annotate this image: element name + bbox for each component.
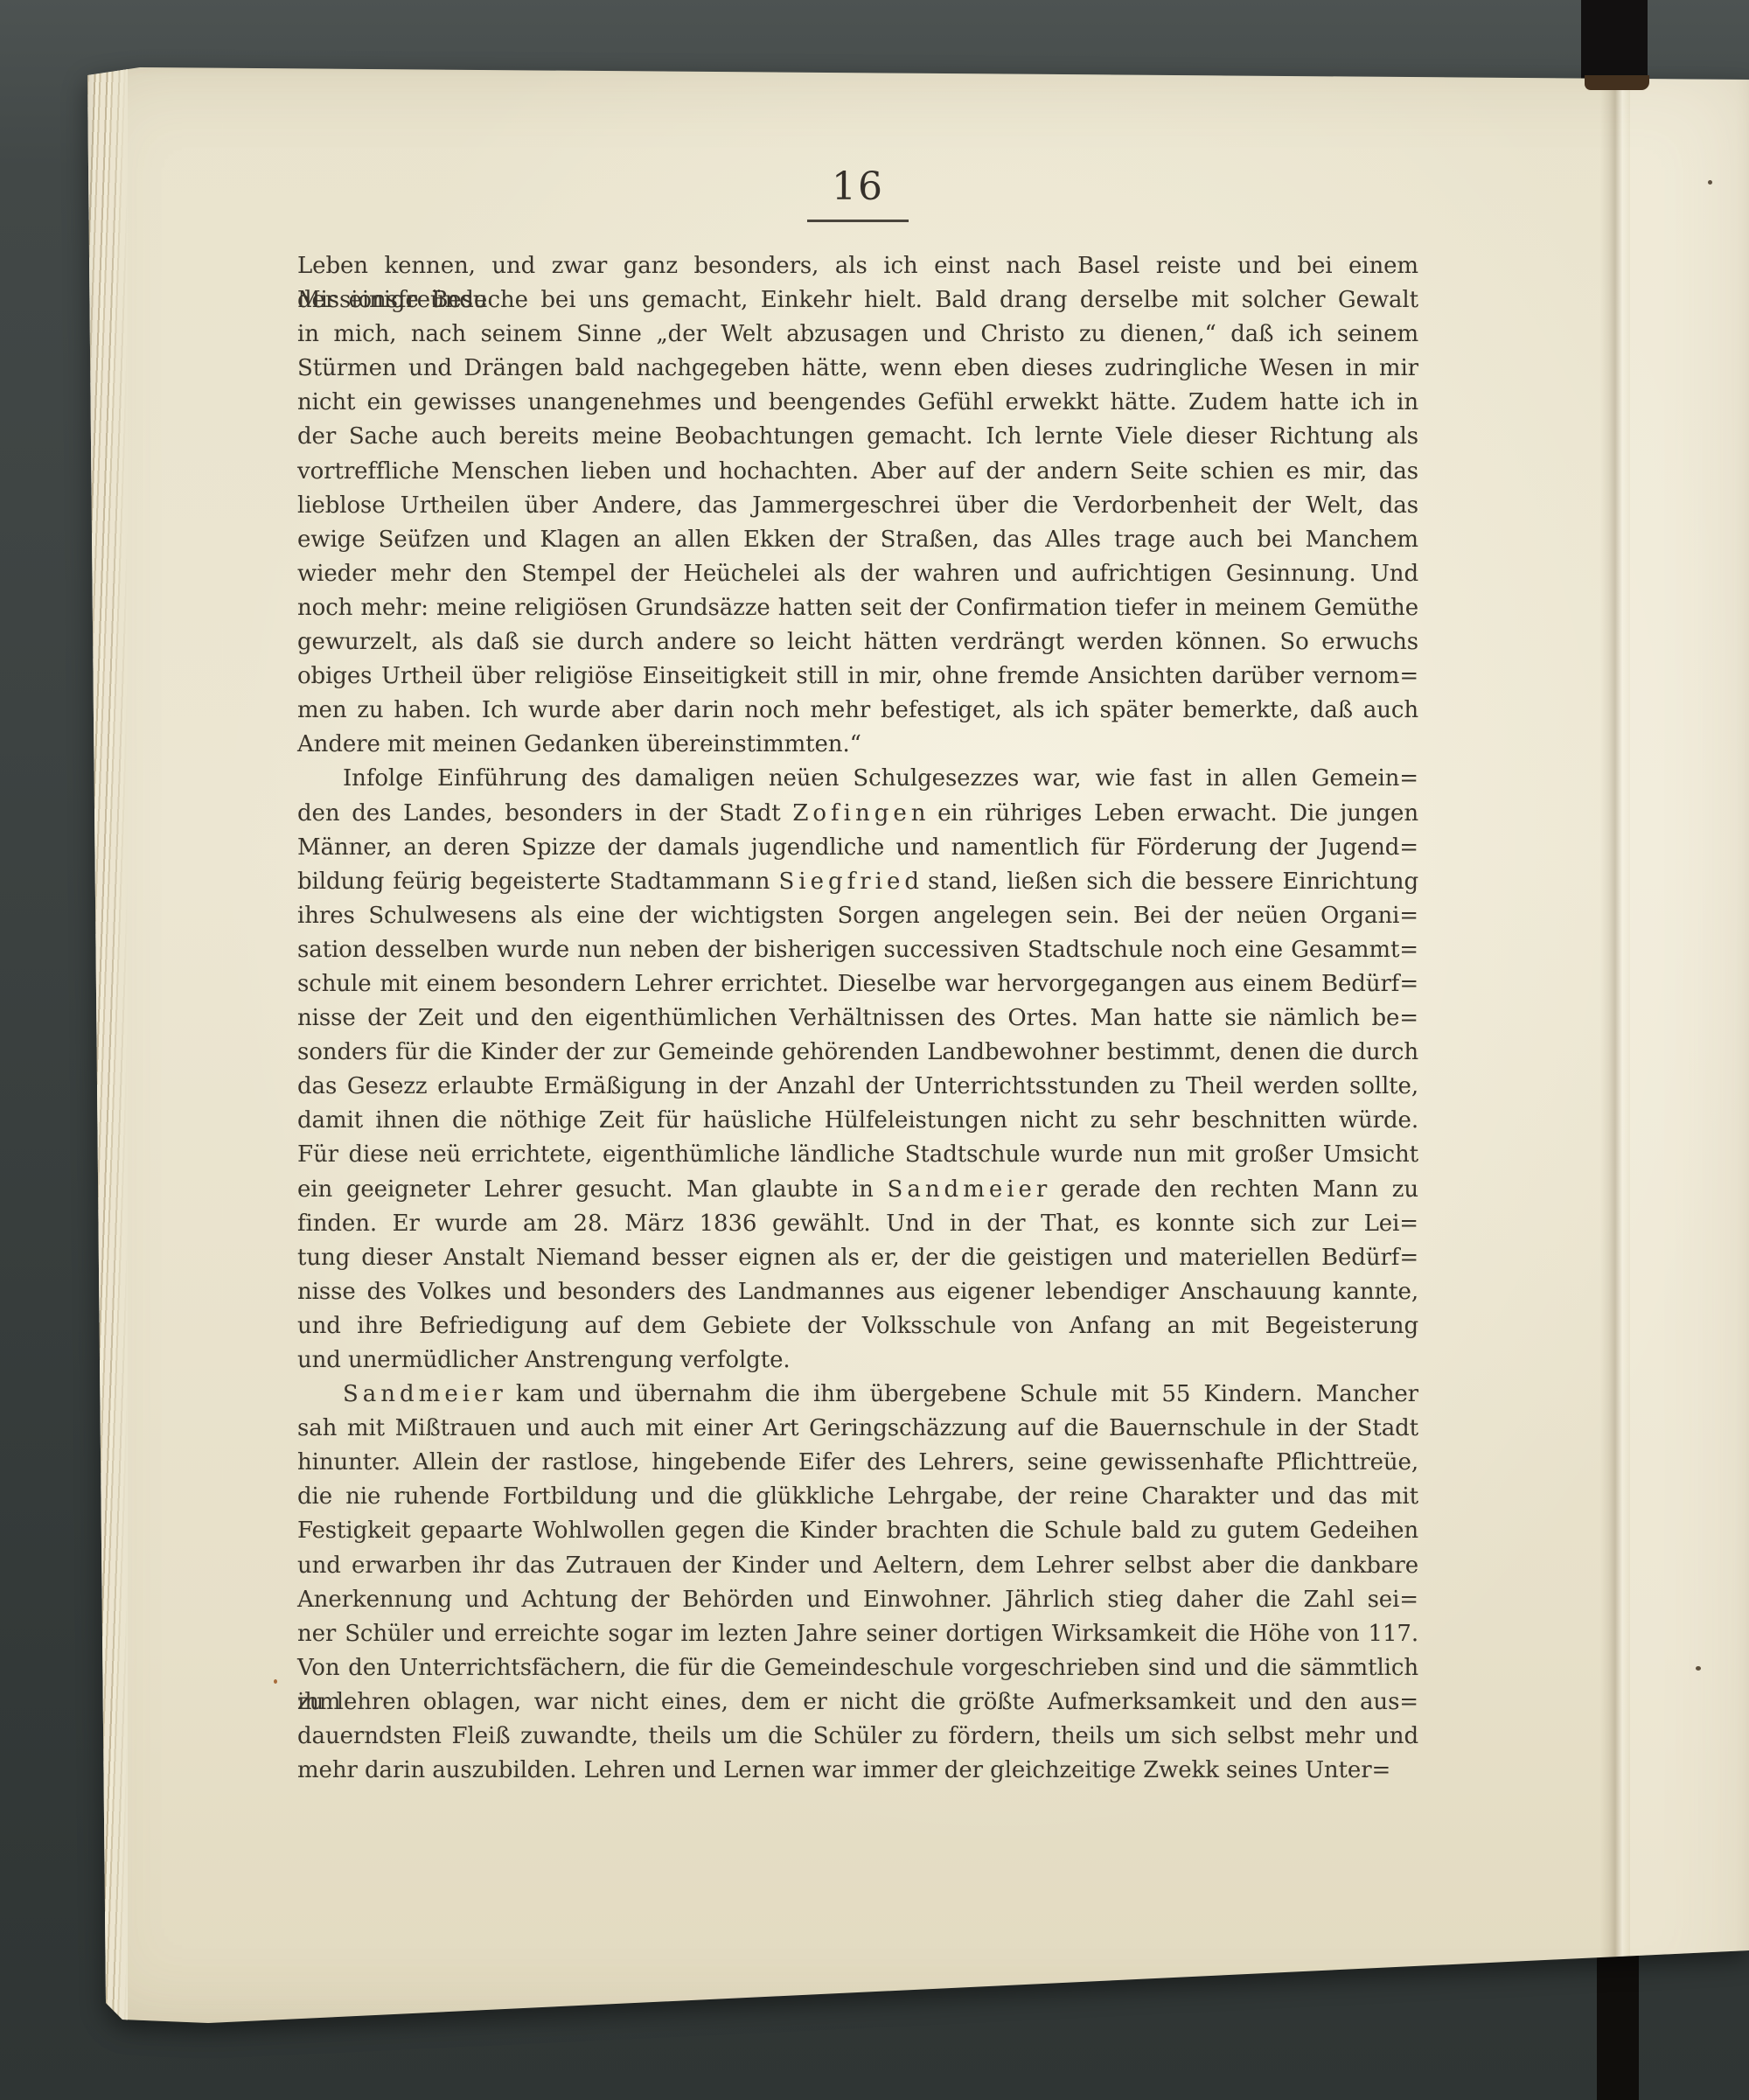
printed-text-block: 16 Leben kennen, und zwar ganz besonders…: [297, 166, 1418, 1788]
text-line: der einige Besuche bei uns gemacht, Eink…: [297, 283, 1418, 317]
text-line: in mich, nach seinem Sinne „der Welt abz…: [297, 317, 1418, 352]
text-line: noch mehr: meine religiösen Grundsäzze h…: [297, 591, 1418, 625]
text-line: sation desselben wurde nun neben der bis…: [297, 933, 1418, 967]
text-line: Männer, an deren Spizze der damals jugen…: [297, 831, 1418, 865]
text-line: obiges Urtheil über religiöse Einseitigk…: [297, 659, 1418, 694]
text-line: hinunter. Allein der rastlose, hingebend…: [297, 1446, 1418, 1480]
text-line: die nie ruhende Fortbildung und die glük…: [297, 1480, 1418, 1514]
text-line: den des Landes, besonders in der Stadt Z…: [297, 797, 1418, 831]
paper-speck: [1696, 1666, 1701, 1671]
text-line: und erwarben ihr das Zutrauen der Kinder…: [297, 1549, 1418, 1583]
text-line: wieder mehr den Stempel der Heüchelei al…: [297, 557, 1418, 591]
text-line: Infolge Einführung des damaligen neüen S…: [297, 762, 1418, 796]
text-line: und ihre Befriedigung auf dem Gebiete de…: [297, 1309, 1418, 1343]
page-stack-fore-edge: [82, 63, 128, 2033]
text-line: finden. Er wurde am 28. März 1836 gewähl…: [297, 1207, 1418, 1241]
text-line: men zu haben. Ich wurde aber darin noch …: [297, 694, 1418, 728]
text-line: Anerkennung und Achtung der Behörden und…: [297, 1583, 1418, 1617]
text-line: sah mit Mißtrauen und auch mit einer Art…: [297, 1412, 1418, 1446]
text-line: schule mit einem besondern Lehrer errich…: [297, 967, 1418, 1001]
text-line: zu lehren oblagen, war nicht eines, dem …: [297, 1685, 1418, 1720]
text-lines: Leben kennen, und zwar ganz besonders, a…: [297, 249, 1418, 1788]
bookmark-ribbon-tip: [1585, 75, 1649, 90]
text-line: mehr darin auszubilden. Lehren und Lerne…: [297, 1754, 1418, 1788]
text-line: damit ihnen die nöthige Zeit für haüslic…: [297, 1104, 1418, 1138]
photo-of-book-page: { "page": { "number": "16", "paragraphs"…: [0, 0, 1749, 2100]
text-line: sonders für die Kinder der zur Gemeinde …: [297, 1036, 1418, 1070]
text-line: Von den Unterrichtsfächern, die für die …: [297, 1651, 1418, 1685]
text-line: nisse der Zeit und den eigenthümlichen V…: [297, 1001, 1418, 1036]
text-line: dauerndsten Fleiß zuwandte, theils um di…: [297, 1720, 1418, 1754]
text-line: Für diese neü errichtete, eigenthümliche…: [297, 1138, 1418, 1172]
text-line: und unermüdlicher Anstrengung verfolgte.: [297, 1343, 1418, 1378]
page-number: 16: [297, 166, 1418, 208]
text-line: lieblose Urtheilen über Andere, das Jamm…: [297, 489, 1418, 523]
text-line: Leben kennen, und zwar ganz besonders, a…: [297, 249, 1418, 283]
text-line: nicht ein gewisses unangenehmes und been…: [297, 386, 1418, 420]
text-line: Festigkeit gepaarte Wohlwollen gegen die…: [297, 1514, 1418, 1548]
text-line: gewurzelt, als daß sie durch andere so l…: [297, 625, 1418, 659]
text-line: ein geeigneter Lehrer gesucht. Man glaub…: [297, 1173, 1418, 1207]
text-line: ner Schüler und erreichte sogar im lezte…: [297, 1617, 1418, 1651]
text-line: nisse des Volkes und besonders des Landm…: [297, 1275, 1418, 1309]
text-line: Stürmen und Drängen bald nachgegeben hät…: [297, 352, 1418, 386]
text-line: der Sache auch bereits meine Beobachtung…: [297, 420, 1418, 454]
book-page-wrapper: 16 Leben kennen, und zwar ganz besonders…: [0, 0, 1749, 2100]
gutter-crease: [1600, 63, 1630, 2033]
paper-speck: [274, 1679, 277, 1684]
text-line: bildung feürig begeisterte Stadtammann S…: [297, 865, 1418, 899]
text-line: das Gesezz erlaubte Ermäßigung in der An…: [297, 1070, 1418, 1104]
text-line: S a n d m e i e r kam und übernahm die i…: [297, 1378, 1418, 1412]
facing-page-sliver: [1630, 63, 1749, 2033]
paper-speck: [1708, 180, 1712, 185]
text-line: ewige Seüfzen und Klagen an allen Ekken …: [297, 523, 1418, 557]
text-line: ihres Schulwesens als eine der wichtigst…: [297, 899, 1418, 933]
page-number-rule: [807, 220, 909, 222]
text-line: tung dieser Anstalt Niemand besser eigne…: [297, 1241, 1418, 1275]
text-line: Andere mit meinen Gedanken übereinstimmt…: [297, 728, 1418, 762]
text-line: vortreffliche Menschen lieben und hochac…: [297, 455, 1418, 489]
book-page: 16 Leben kennen, und zwar ganz besonders…: [77, 63, 1749, 2033]
